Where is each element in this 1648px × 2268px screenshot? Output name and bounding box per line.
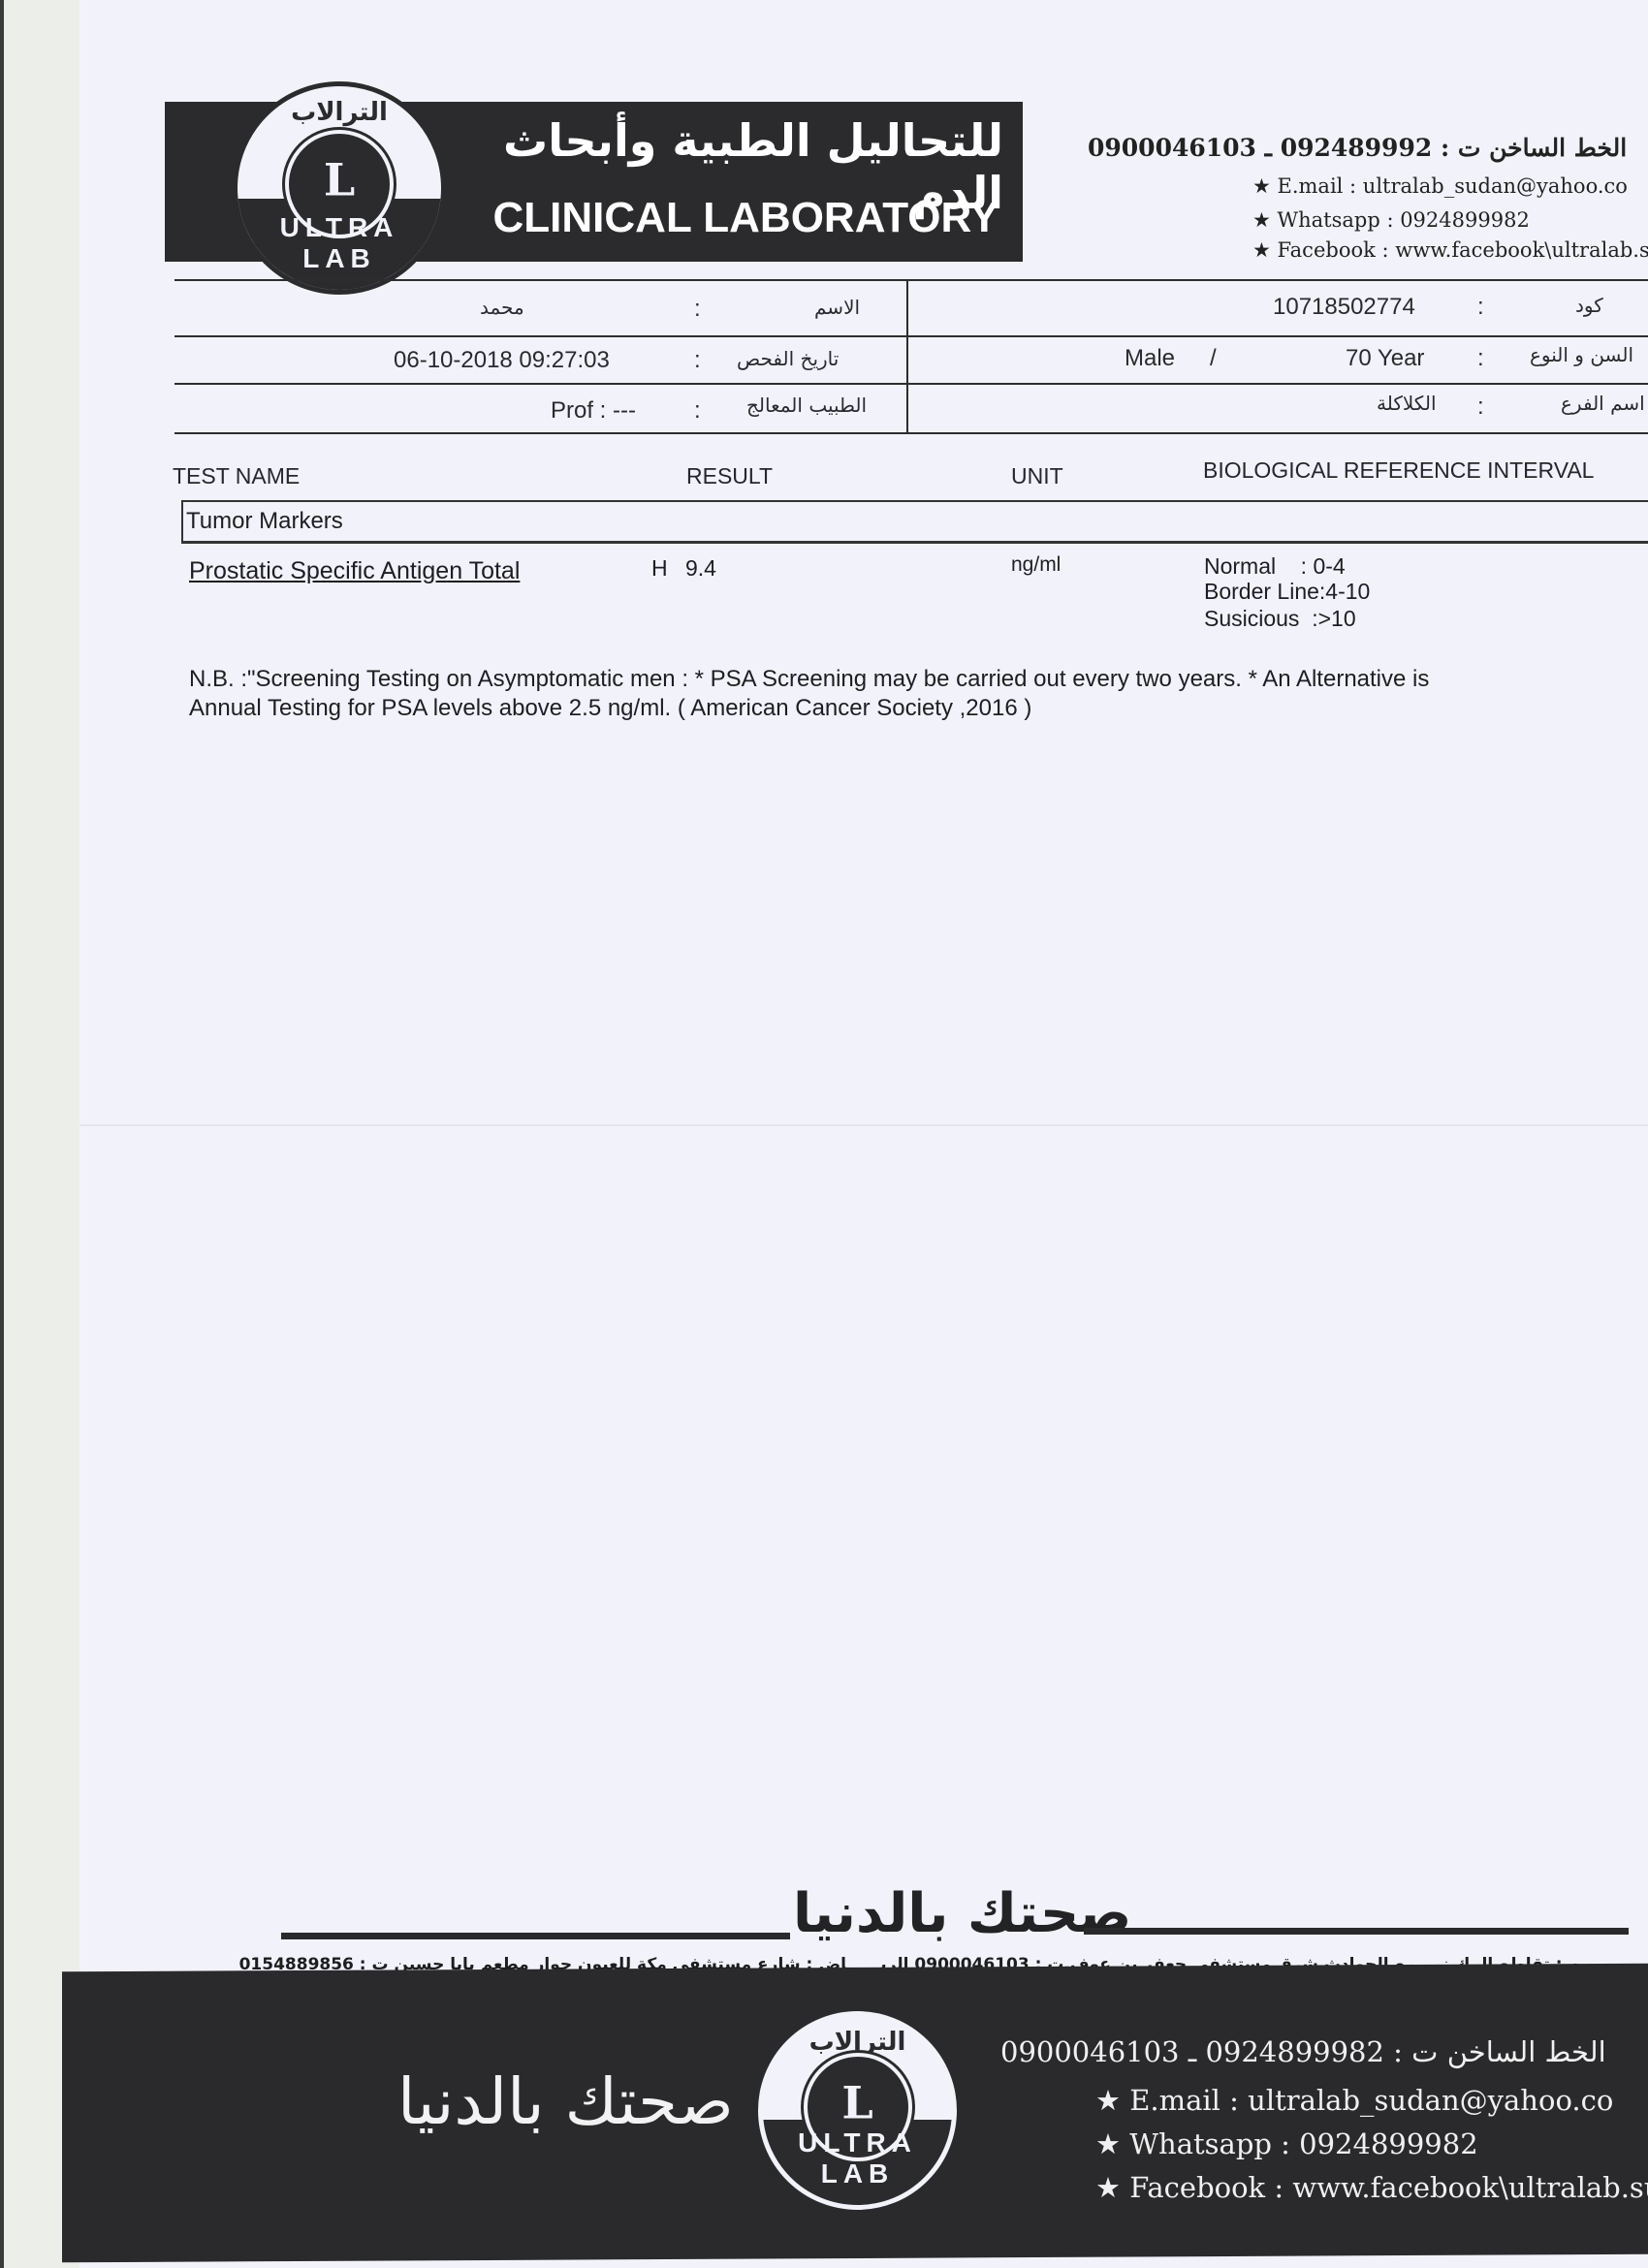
star-icon: ★ (1252, 238, 1271, 262)
star-icon: ★ (1252, 208, 1271, 232)
branch-label: اسم الفرع (1561, 392, 1645, 415)
logo-monogram: L (841, 2076, 872, 2128)
footer-rule (1084, 1928, 1629, 1935)
result-high-flag: H (651, 555, 668, 582)
column-reference-interval: BIOLOGICAL REFERENCE INTERVAL (1203, 457, 1594, 484)
column-result: RESULT (686, 463, 773, 489)
age-sex-label: السن و النوع (1530, 343, 1633, 366)
doctor-value: Prof : --- (551, 397, 636, 425)
screening-note-line1: N.B. :"Screening Testing on Asymptomatic… (189, 666, 1429, 693)
sex-value: Male (1125, 345, 1175, 372)
header-email: ★ E.mail : ultralab_sudan@yahoo.co (1252, 174, 1628, 198)
column-test-name: TEST NAME (173, 463, 300, 489)
patient-name-value: محمد (480, 296, 524, 319)
info-table-divider (906, 279, 908, 432)
colon: : (1477, 345, 1484, 372)
footer-slogan-top: صحتك بالدنيا (793, 1882, 1131, 1945)
logo-text-english: ULTRA LAB (238, 212, 441, 274)
separator: / (1210, 345, 1217, 372)
age-value: 70 Year (1346, 345, 1424, 372)
scan-edge (0, 0, 83, 2268)
footer-whatsapp: ★ Whatsapp : 0924899982 (1095, 2127, 1478, 2160)
exam-date-label: تاريخ الفحص (737, 347, 839, 370)
logo-text-english: ULTRA LAB (763, 2127, 952, 2189)
reference-suspicious: Susicious :>10 (1204, 606, 1356, 632)
patient-code-value: 10718502774 (1273, 294, 1415, 321)
header-facebook: ★ Facebook : www.facebook\ultralab.sud (1252, 238, 1648, 262)
logo-monogram: L (324, 154, 355, 206)
info-table-border (174, 383, 1648, 385)
column-unit: UNIT (1011, 463, 1063, 489)
info-table-border (174, 432, 1648, 434)
colon: : (1477, 294, 1484, 321)
footer-rule (281, 1933, 790, 1939)
header-hotline: الخط الساخن ت : 092489992 ـ 0900046103 (1088, 134, 1627, 162)
logo-text-arabic: الترالاب (238, 98, 441, 127)
patient-name-label: الاسم (814, 296, 860, 319)
star-icon: ★ (1095, 2084, 1121, 2117)
screening-note-line2: Annual Testing for PSA levels above 2.5 … (189, 695, 1031, 722)
colon: : (694, 347, 701, 374)
reference-normal: Normal : 0-4 (1204, 553, 1346, 580)
colon: : (1477, 394, 1484, 421)
info-table-border (174, 335, 1648, 337)
star-icon: ★ (1252, 174, 1271, 198)
colon: : (694, 397, 701, 425)
footer-facebook: ★ Facebook : www.facebook\ultralab.suda (1095, 2171, 1648, 2204)
star-icon: ★ (1095, 2171, 1121, 2204)
exam-date-value: 06-10-2018 09:27:03 (394, 347, 610, 374)
footer-email: ★ E.mail : ultralab_sudan@yahoo.co (1095, 2084, 1613, 2117)
colon: : (694, 296, 701, 323)
section-header-box (181, 500, 1648, 544)
info-table-border (174, 279, 1648, 281)
lab-name-english: CLINICAL LABORATORY (456, 194, 998, 242)
header-whatsapp: ★ Whatsapp : 0924899982 (1252, 208, 1530, 232)
star-icon: ★ (1095, 2127, 1121, 2160)
test-name: Prostatic Specific Antigen Total (189, 557, 520, 585)
footer-slogan: صحتك بالدنيا (397, 2064, 734, 2139)
result-value: 9.4 (685, 555, 716, 582)
footer-hotline: الخط الساخن ت : 0924899982 ـ 0900046103 (1000, 2035, 1606, 2068)
lab-logo-icon: الترالاب L ULTRA LAB (233, 81, 446, 295)
section-title: Tumor Markers (186, 508, 343, 535)
branch-value: الكلاكلة (1377, 392, 1437, 415)
patient-code-label: كود (1575, 294, 1603, 317)
result-unit: ng/ml (1011, 553, 1061, 577)
lab-logo-icon: صحتك بالدنيا الترالاب L ULTRA LAB (758, 2011, 957, 2210)
paper-fold (79, 1124, 1648, 1126)
doctor-label: الطبيب المعالج (746, 394, 867, 417)
reference-borderline: Border Line:4-10 (1204, 579, 1370, 605)
